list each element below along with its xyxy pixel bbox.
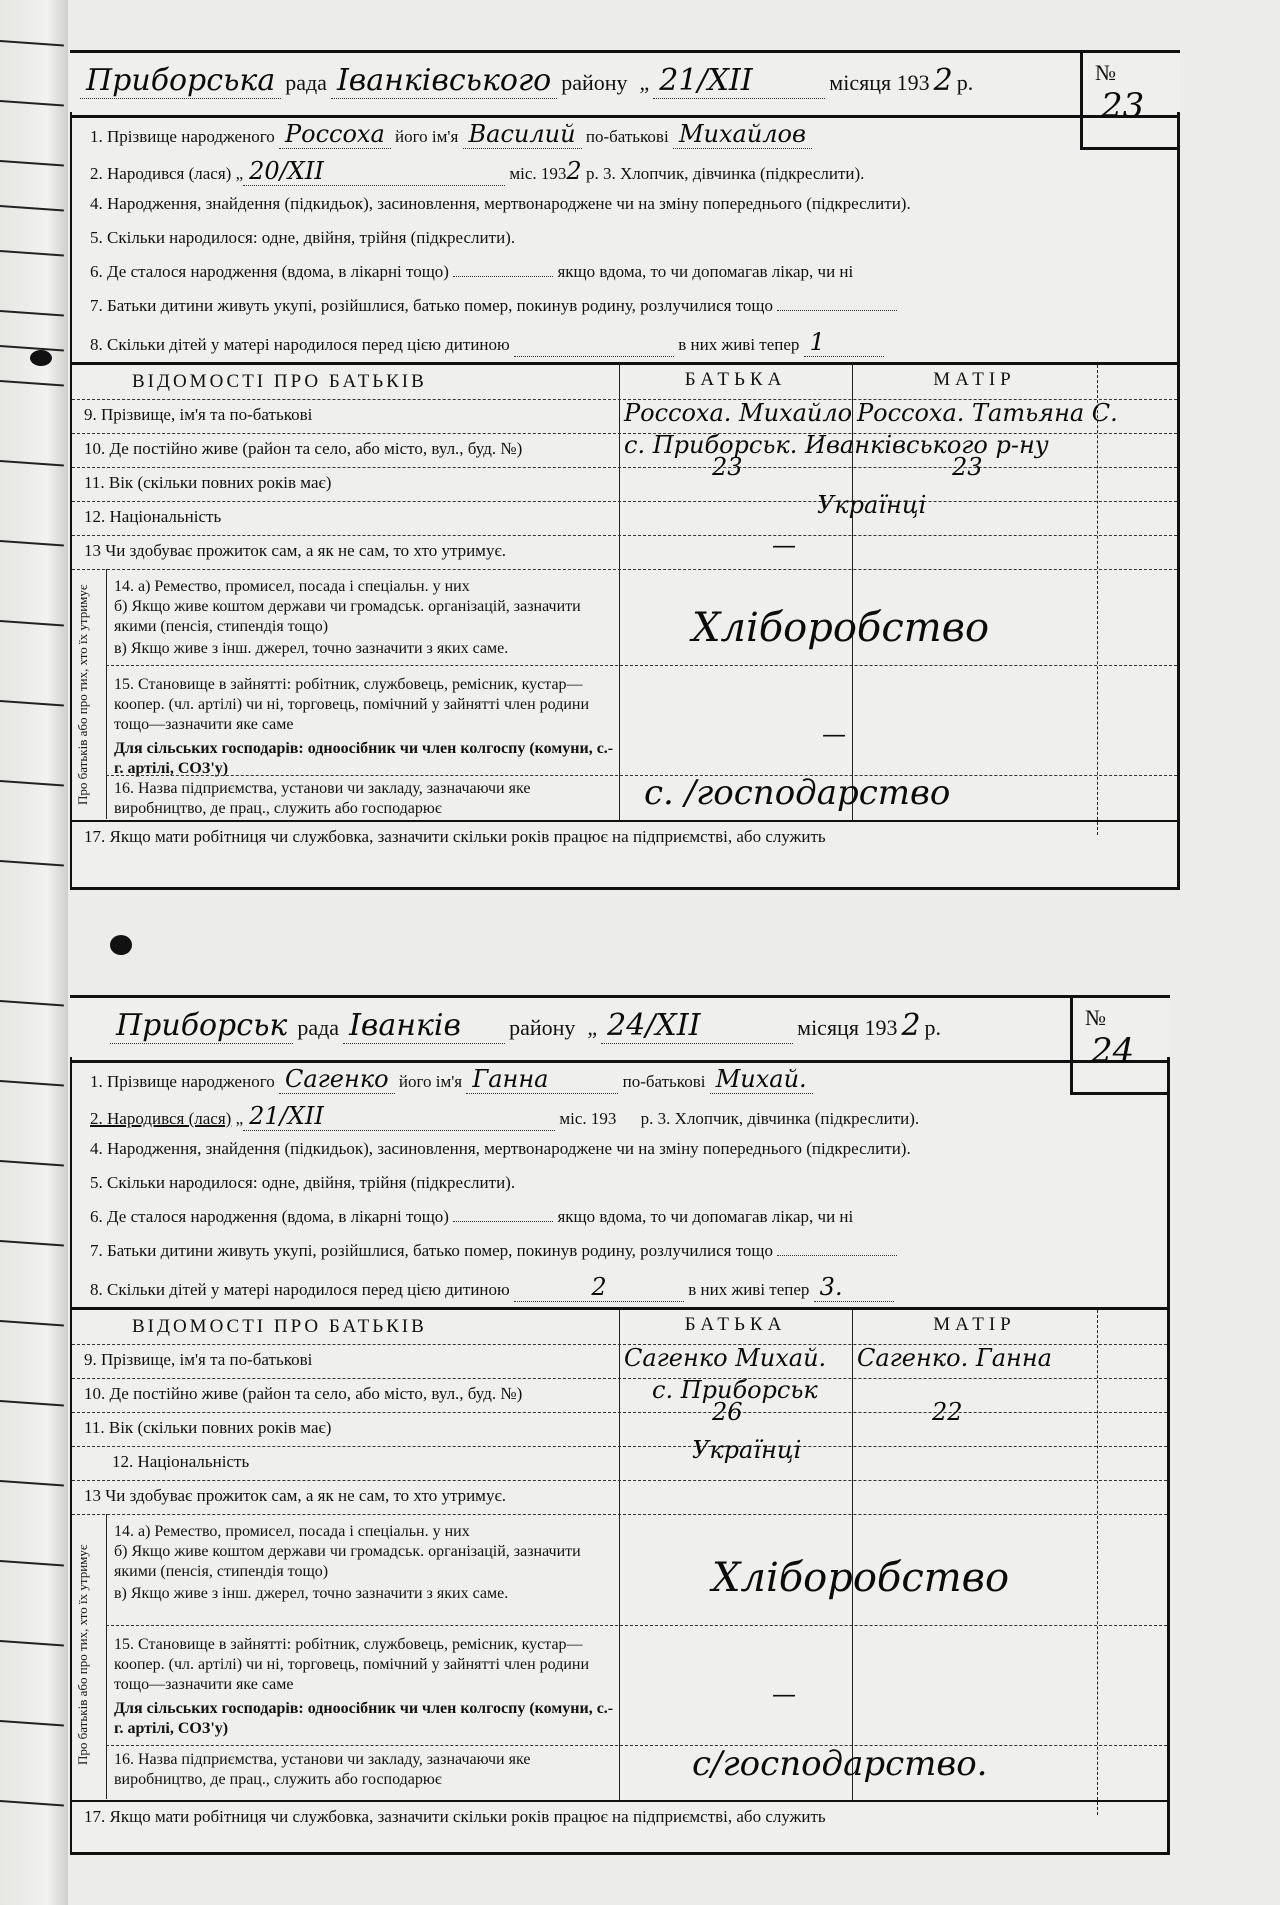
ruled-line bbox=[0, 860, 64, 866]
children-alive: 1 bbox=[804, 328, 831, 356]
q5-label: 5. Скільки народилося: одне, двійня, трі… bbox=[90, 228, 515, 248]
form-header: Приборськ рада Іванків району „ 24/XII м… bbox=[70, 995, 1170, 1063]
ruled-line bbox=[0, 1000, 64, 1006]
occupation: Хліборобство bbox=[692, 605, 989, 651]
row-label-name: 9. Прізвище, ім'я та по-батькові bbox=[84, 405, 312, 425]
year-suffix: р. bbox=[957, 70, 974, 96]
q14a-label: 14. а) Ремество, промисел, посада і спец… bbox=[114, 1522, 614, 1542]
ink-blot bbox=[30, 350, 52, 366]
ruled-line bbox=[0, 1640, 64, 1646]
q8-mid: в них живі тепер bbox=[688, 1280, 809, 1299]
q1-name-label: його ім'я bbox=[399, 1072, 462, 1091]
child-patronymic: Михайлов bbox=[673, 120, 812, 149]
employment-status: — bbox=[772, 1680, 796, 1708]
birth-year: 2 bbox=[566, 157, 581, 185]
ruled-line bbox=[0, 310, 64, 316]
ruled-line bbox=[0, 40, 64, 46]
row-label-livelihood: 13 Чи здобуває прожиток сам, а як не сам… bbox=[84, 1486, 506, 1506]
q4-label: 4. Народження, знайдення (підкидьок), за… bbox=[90, 1139, 911, 1159]
q2-label: 2. Народився (лася) bbox=[90, 1109, 231, 1128]
row-label-livelihood: 13 Чи здобуває прожиток сам, а як не сам… bbox=[84, 541, 506, 561]
row-label-age: 11. Вік (скільки повних років має) bbox=[84, 473, 331, 493]
workplace: с. /господарство bbox=[644, 773, 950, 813]
council-label: рада bbox=[297, 1015, 339, 1041]
q16-label: 16. Назва підприємства, установи чи закл… bbox=[114, 1750, 614, 1790]
q17-label: 17. Якщо мати робітниця чи службовка, за… bbox=[84, 827, 826, 847]
q6-tail: якщо вдома, то чи допомагав лікар, чи ні bbox=[557, 262, 853, 281]
q1-name-label: його ім'я bbox=[395, 127, 458, 146]
row-label-residence: 10. Де постійно живе (район та село, або… bbox=[84, 439, 522, 459]
mother-name: Сагенко. Ганна bbox=[857, 1344, 1052, 1372]
children-before: 2 bbox=[585, 1273, 612, 1301]
q1-patronymic-label: по-батькові bbox=[586, 127, 669, 146]
q2-label: 2. Народився (лася) bbox=[90, 164, 231, 183]
q14a-label: 14. а) Ремество, промисел, посада і спец… bbox=[114, 577, 614, 597]
side-label: Про батьків або про тих, хто їх утримує bbox=[76, 1525, 104, 1785]
side-label: Про батьків або про тих, хто їх утримує bbox=[76, 580, 104, 810]
children-alive: 3. bbox=[814, 1273, 849, 1301]
row-label-age: 11. Вік (скільки повних років має) bbox=[84, 1418, 331, 1438]
q6-label: 6. Де сталося народження (вдома, в лікар… bbox=[90, 1207, 449, 1226]
month-label: місяця 193 bbox=[797, 1015, 897, 1041]
ruled-line bbox=[0, 1320, 64, 1326]
district-label: району bbox=[561, 70, 627, 96]
district-value: Іванківського bbox=[331, 63, 557, 99]
father-header: БАТЬКА bbox=[619, 369, 852, 391]
child-name: Ганна bbox=[466, 1065, 618, 1094]
district-label: району bbox=[509, 1015, 575, 1041]
q3-label: 3. Хлопчик, дівчинка (підкреслити). bbox=[658, 1109, 919, 1128]
q4-label: 4. Народження, знайдення (підкидьок), за… bbox=[90, 194, 911, 214]
ruled-line bbox=[0, 1800, 64, 1806]
mother-header: МАТІР bbox=[852, 369, 1097, 391]
child-name: Василий bbox=[463, 120, 582, 149]
q2-month-label: міс. 193 bbox=[509, 164, 566, 183]
form-body: 1. Прізвище народженого Россоха його ім'… bbox=[70, 112, 1180, 890]
father-age: 23 bbox=[712, 453, 743, 481]
q5-label: 5. Скільки народилося: одне, двійня, трі… bbox=[90, 1173, 515, 1193]
child-patronymic: Михай. bbox=[710, 1065, 813, 1094]
row-label-name: 9. Прізвище, ім'я та по-батькові bbox=[84, 1350, 312, 1370]
ruled-line bbox=[0, 1560, 64, 1566]
parents-table: ВІДОМОСТІ ПРО БАТЬКІВ БАТЬКА МАТІР 9. Пр… bbox=[72, 362, 1177, 890]
mother-age: 23 bbox=[952, 453, 983, 481]
nationality: Українці bbox=[817, 491, 926, 519]
q6-tail: якщо вдома, то чи допомагав лікар, чи ні bbox=[557, 1207, 853, 1226]
year-value: 2 bbox=[901, 1008, 920, 1043]
q17-label: 17. Якщо мати робітниця чи службовка, за… bbox=[84, 1807, 826, 1827]
month-label: місяця 193 bbox=[829, 70, 929, 96]
ruled-line bbox=[0, 1720, 64, 1726]
ruled-line bbox=[0, 380, 64, 386]
ruled-line bbox=[0, 345, 64, 351]
ink-blot bbox=[110, 935, 132, 955]
ruled-line bbox=[0, 160, 64, 166]
q14c-label: в) Якщо живе з інш. джерел, точно зазнач… bbox=[114, 639, 614, 659]
q1-patronymic-label: по-батькові bbox=[623, 1072, 706, 1091]
ruled-line bbox=[0, 1160, 64, 1166]
child-surname: Сагенко bbox=[279, 1065, 395, 1094]
birth-record-form-23: Приборська рада Іванківського району „ 2… bbox=[70, 50, 1180, 890]
q3-label: 3. Хлопчик, дівчинка (підкреслити). bbox=[603, 164, 864, 183]
livelihood: — bbox=[772, 531, 796, 559]
workplace: с/господарство. bbox=[692, 1744, 988, 1784]
q8-label: 8. Скільки дітей у матері народилося пер… bbox=[90, 1280, 510, 1299]
ruled-line bbox=[0, 1400, 64, 1406]
q2-year-suffix: р. bbox=[586, 164, 599, 183]
employment-status: — bbox=[822, 720, 846, 748]
q1-label: 1. Прізвище народженого bbox=[90, 1072, 275, 1091]
q1-label: 1. Прізвище народженого bbox=[90, 127, 275, 146]
father-name: Россоха. Михайло bbox=[624, 399, 852, 427]
q14b-label: б) Якщо живе коштом держави чи громадськ… bbox=[114, 597, 614, 637]
book-binding bbox=[0, 0, 68, 1905]
ruled-line bbox=[0, 460, 64, 466]
q7-label: 7. Батьки дитини живуть укупі, розійшлис… bbox=[90, 1241, 773, 1260]
father-header: БАТЬКА bbox=[619, 1314, 852, 1336]
number-label: № bbox=[1085, 1005, 1106, 1030]
q8-label: 8. Скільки дітей у матері народилося пер… bbox=[90, 335, 510, 354]
q2-year-suffix: р. bbox=[641, 1109, 654, 1128]
nationality: Українці bbox=[692, 1436, 801, 1464]
q7-label: 7. Батьки дитини живуть укупі, розійшлис… bbox=[90, 296, 773, 315]
day-value: 24/XII bbox=[601, 1008, 793, 1044]
children-before bbox=[514, 328, 526, 356]
ruled-line bbox=[0, 700, 64, 706]
section-title: ВІДОМОСТІ ПРО БАТЬКІВ bbox=[132, 371, 427, 393]
occupation: Хліборобство bbox=[712, 1555, 1009, 1601]
ruled-line bbox=[0, 780, 64, 786]
council-value: Приборськ bbox=[110, 1008, 293, 1044]
mother-age: 22 bbox=[932, 1398, 963, 1426]
ruled-line bbox=[0, 100, 64, 106]
child-surname: Россоха bbox=[279, 120, 391, 149]
ruled-line bbox=[0, 540, 64, 546]
ruled-line bbox=[0, 250, 64, 256]
birth-date: 20/XII bbox=[243, 157, 505, 186]
q16-label: 16. Назва підприємства, установи чи закл… bbox=[114, 779, 614, 819]
ruled-line bbox=[0, 1480, 64, 1486]
section-title: ВІДОМОСТІ ПРО БАТЬКІВ bbox=[132, 1316, 427, 1338]
council-label: рада bbox=[285, 70, 327, 96]
father-age: 26 bbox=[712, 1398, 743, 1426]
q15b-label: Для сільських господарів: одноосібник чи… bbox=[114, 739, 614, 779]
q2-month-label: міс. 193 bbox=[559, 1109, 616, 1128]
number-label: № bbox=[1095, 60, 1116, 85]
parents-table: ВІДОМОСТІ ПРО БАТЬКІВ БАТЬКА МАТІР 9. Пр… bbox=[72, 1307, 1167, 1855]
q15a-label: 15. Становище в зайнятті: робітник, служ… bbox=[114, 675, 614, 735]
q8-mid: в них живі тепер bbox=[678, 335, 799, 354]
father-name: Сагенко Михай. bbox=[624, 1344, 826, 1372]
q6-label: 6. Де сталося народження (вдома, в лікар… bbox=[90, 262, 449, 281]
year-suffix: р. bbox=[925, 1015, 942, 1041]
ruled-line bbox=[0, 1080, 64, 1086]
year-value: 2 bbox=[934, 63, 953, 98]
row-label-nationality: 12. Національність bbox=[112, 1452, 249, 1472]
q15b-label: Для сільських господарів: одноосібник чи… bbox=[114, 1699, 614, 1739]
form-header: Приборська рада Іванківського району „ 2… bbox=[70, 50, 1180, 118]
council-value: Приборська bbox=[80, 63, 281, 99]
ruled-line bbox=[0, 205, 64, 211]
row-label-residence: 10. Де постійно живе (район та село, або… bbox=[84, 1384, 522, 1404]
row-label-nationality: 12. Національність bbox=[84, 507, 221, 527]
day-value: 21/XII bbox=[653, 63, 825, 99]
father-residence: с. Приборськ. Иванківського р-ну bbox=[624, 431, 1049, 459]
q14c-label: в) Якщо живе з інш. джерел, точно зазнач… bbox=[114, 1584, 614, 1604]
mother-name: Россоха. Татьяна С. bbox=[857, 399, 1118, 427]
ruled-line bbox=[0, 620, 64, 626]
q15a-label: 15. Становище в зайнятті: робітник, служ… bbox=[114, 1635, 614, 1695]
q14b-label: б) Якщо живе коштом держави чи громадськ… bbox=[114, 1542, 614, 1582]
form-body: 1. Прізвище народженого Сагенко його ім'… bbox=[70, 1057, 1170, 1855]
district-value: Іванків bbox=[343, 1008, 505, 1044]
ruled-line bbox=[0, 1240, 64, 1246]
birth-record-form-24: Приборськ рада Іванків району „ 24/XII м… bbox=[70, 995, 1170, 1855]
birth-date: 21/XII bbox=[243, 1102, 555, 1131]
mother-header: МАТІР bbox=[852, 1314, 1097, 1336]
